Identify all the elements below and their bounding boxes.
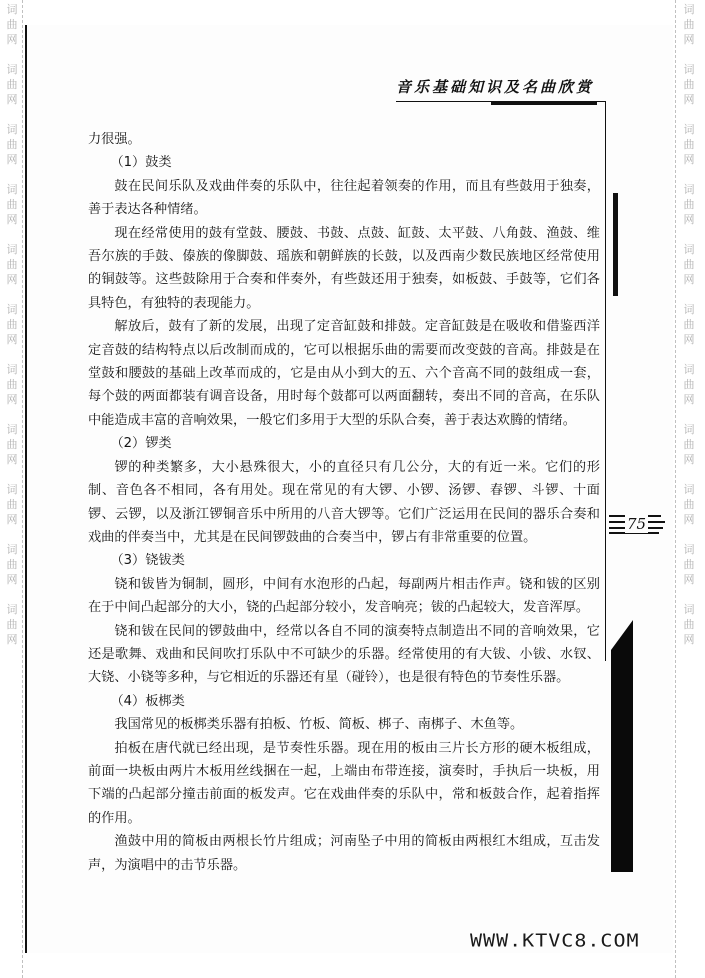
watermark-char: 网 [684,452,695,467]
watermark-char: 曲 [684,437,695,452]
paragraph: 铙和钹皆为铜制，圆形，中间有水泡形的凸起，每副两片相击作声。铙和钹的区别在于中间… [88,573,600,620]
thumb-tab-decoration [611,620,633,872]
watermark-char: 曲 [684,497,695,512]
watermark-group: 词曲网 [7,62,18,107]
watermark-char: 网 [7,332,18,347]
watermark-char: 曲 [7,137,18,152]
watermark-group: 词曲网 [7,242,18,287]
watermark-group: 词曲网 [7,2,18,47]
watermark-char: 曲 [684,137,695,152]
watermark-char: 网 [7,152,18,167]
watermark-group: 词曲网 [7,542,18,587]
watermark-char: 曲 [7,257,18,272]
watermark-char: 网 [7,452,18,467]
watermark-char: 词 [7,422,18,437]
watermark-group: 词曲网 [7,482,18,527]
watermark-char: 词 [684,422,695,437]
paragraph: 锣的种类繁多，大小悬殊很大，小的直径只有几公分，大的有近一米。它们的形制、音色各… [88,456,600,550]
watermark-group: 词曲网 [7,362,18,407]
right-margin-rule [605,101,606,661]
watermark-group: 词曲网 [684,62,695,107]
watermark-char: 网 [684,212,695,227]
watermark-char: 词 [7,302,18,317]
watermark-char: 词 [7,542,18,557]
watermark-group: 词曲网 [684,122,695,167]
paragraph: 现在经常使用的鼓有堂鼓、腰鼓、书鼓、点鼓、缸鼓、太平鼓、八角鼓、渔鼓、维吾尔族的… [88,222,600,316]
watermark-char: 词 [7,482,18,497]
watermark-char: 网 [684,512,695,527]
watermark-char: 词 [7,62,18,77]
watermark-char: 词 [7,2,18,17]
watermark-char: 曲 [7,377,18,392]
watermark-group: 词曲网 [7,182,18,227]
watermark-group: 词曲网 [7,302,18,347]
watermark-char: 曲 [684,317,695,332]
watermark-char: 曲 [7,617,18,632]
watermark-char: 曲 [684,257,695,272]
watermark-group: 词曲网 [684,602,695,647]
watermark-char: 曲 [7,497,18,512]
watermark-group: 词曲网 [684,422,695,467]
page-number: 75 [625,515,648,533]
watermark-char: 词 [684,602,695,617]
watermark-group: 词曲网 [7,602,18,647]
watermark-group: 词曲网 [684,182,695,227]
watermark-char: 网 [7,392,18,407]
watermark-char: 曲 [684,377,695,392]
watermark-char: 网 [7,92,18,107]
watermark-char: 网 [7,632,18,647]
paragraph: 铙和钹在民间的锣鼓曲中，经常以各自不同的演奏特点制造出不同的音响效果，它还是歌舞… [88,620,600,690]
watermark-char: 网 [7,32,18,47]
watermark-char: 曲 [684,557,695,572]
watermark-char: 词 [7,122,18,137]
watermark-char: 词 [7,602,18,617]
watermark-column-right: 词曲网词曲网词曲网词曲网词曲网词曲网词曲网词曲网词曲网词曲网词曲网 [679,0,699,978]
watermark-group: 词曲网 [684,482,695,527]
section-heading-clappers: （4）板梆类 [88,690,600,713]
watermark-separator-right [675,0,676,978]
paragraph: 我国常见的板梆类乐器有拍板、竹板、简板、梆子、南梆子、木鱼等。 [88,713,600,736]
watermark-char: 曲 [684,77,695,92]
running-head-title: 音乐基础知识及名曲欣赏 [396,76,594,97]
watermark-char: 网 [7,572,18,587]
section-heading-cymbals: （3）铙钹类 [88,549,600,572]
watermark-char: 词 [7,182,18,197]
watermark-char: 网 [684,32,695,47]
watermark-char: 网 [684,332,695,347]
watermark-char: 曲 [7,17,18,32]
watermark-char: 词 [684,242,695,257]
watermark-group: 词曲网 [684,302,695,347]
watermark-char: 网 [684,572,695,587]
page-number-ornament: 75 [609,513,667,535]
site-watermark-url: WWW.KTVC8.COM [470,929,640,951]
watermark-char: 网 [684,152,695,167]
watermark-group: 词曲网 [684,2,695,47]
watermark-char: 网 [7,512,18,527]
watermark-char: 词 [684,2,695,17]
watermark-char: 网 [684,392,695,407]
watermark-char: 曲 [684,17,695,32]
body-text: 力很强。 （1）鼓类 鼓在民间乐队及戏曲伴奏的乐队中，往往起着领奏的作用，而且有… [88,128,600,877]
watermark-char: 词 [684,182,695,197]
watermark-char: 曲 [7,77,18,92]
watermark-column-left: 词曲网词曲网词曲网词曲网词曲网词曲网词曲网词曲网词曲网词曲网词曲网 [2,0,22,978]
watermark-group: 词曲网 [7,122,18,167]
watermark-char: 网 [684,632,695,647]
section-heading-drums: （1）鼓类 [88,151,600,174]
watermark-group: 词曲网 [684,542,695,587]
watermark-separator-left [22,0,23,978]
watermark-char: 曲 [7,317,18,332]
watermark-char: 曲 [7,437,18,452]
watermark-char: 词 [7,362,18,377]
watermark-char: 曲 [684,617,695,632]
watermark-char: 词 [684,122,695,137]
watermark-group: 词曲网 [7,422,18,467]
paragraph: 拍板在唐代就已经出现，是节奏性乐器。现在用的板由三片长方形的硬木板组成，前面一块… [88,737,600,831]
watermark-group: 词曲网 [684,362,695,407]
watermark-char: 词 [684,542,695,557]
watermark-group: 词曲网 [684,242,695,287]
watermark-char: 词 [684,302,695,317]
watermark-char: 词 [684,362,695,377]
watermark-char: 词 [7,242,18,257]
watermark-char: 网 [7,272,18,287]
watermark-char: 词 [684,62,695,77]
header-rule-accent [491,101,597,105]
watermark-char: 词 [684,482,695,497]
thumb-index-bar [613,193,618,296]
page-left-border [25,25,27,953]
paragraph-continuation: 力很强。 [88,128,600,151]
watermark-char: 曲 [684,197,695,212]
paragraph: 鼓在民间乐队及戏曲伴奏的乐队中，往往起着领奏的作用，而且有些鼓用于独奏，善于表达… [88,175,600,222]
watermark-char: 曲 [7,557,18,572]
watermark-char: 网 [684,92,695,107]
watermark-char: 网 [684,272,695,287]
watermark-char: 网 [7,212,18,227]
section-heading-gongs: （2）锣类 [88,432,600,455]
paragraph: 渔鼓中用的简板由两根长竹片组成；河南坠子中用的简板由两根红木组成，互击发声，为演… [88,830,600,877]
paragraph: 解放后，鼓有了新的发展，出现了定音缸鼓和排鼓。定音缸鼓是在吸收和借鉴西洋定音鼓的… [88,315,600,432]
watermark-char: 曲 [7,197,18,212]
